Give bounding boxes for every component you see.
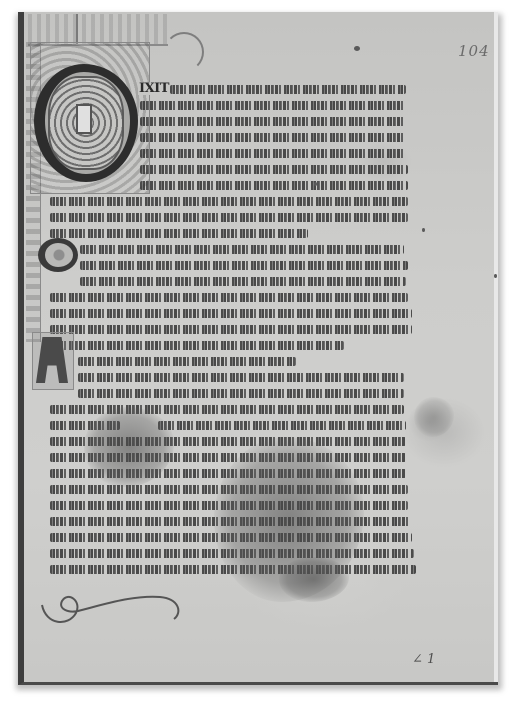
initial-d-small-icon — [38, 238, 78, 272]
text-line — [50, 341, 344, 350]
text-line — [78, 357, 296, 366]
signature-mark: ∠ 1 — [412, 652, 435, 667]
ink-speck — [494, 274, 497, 278]
ink-speck — [422, 228, 425, 232]
manuscript-page: 104 IXIT — [18, 12, 498, 685]
initial-center-ornament — [76, 104, 92, 134]
text-line — [140, 101, 406, 110]
text-line — [50, 293, 408, 302]
text-line — [140, 133, 406, 142]
text-line — [78, 389, 404, 398]
folio-number: 104 — [458, 42, 490, 60]
text-line — [78, 373, 404, 382]
text-line — [170, 85, 406, 94]
water-stain — [414, 397, 454, 437]
border-divider — [76, 14, 78, 44]
text-line — [80, 261, 408, 270]
text-line — [50, 197, 408, 206]
water-stain — [279, 557, 349, 602]
text-line — [140, 117, 406, 126]
pen-flourish-icon — [32, 575, 192, 635]
text-line — [140, 149, 406, 158]
text-line — [140, 181, 408, 190]
flourish-curl-icon — [164, 32, 204, 72]
manuscript-stage: 104 IXIT — [0, 0, 520, 706]
text-line — [50, 213, 408, 222]
text-line — [80, 277, 406, 286]
ink-speck — [354, 46, 360, 51]
ink-speck — [314, 182, 317, 186]
incipit-text: IXIT — [138, 82, 170, 95]
page-edge — [494, 12, 498, 682]
text-line — [140, 165, 408, 174]
text-line — [158, 421, 406, 430]
text-line — [50, 309, 412, 318]
text-line — [80, 245, 404, 254]
text-line — [50, 229, 308, 238]
text-line — [50, 325, 412, 334]
